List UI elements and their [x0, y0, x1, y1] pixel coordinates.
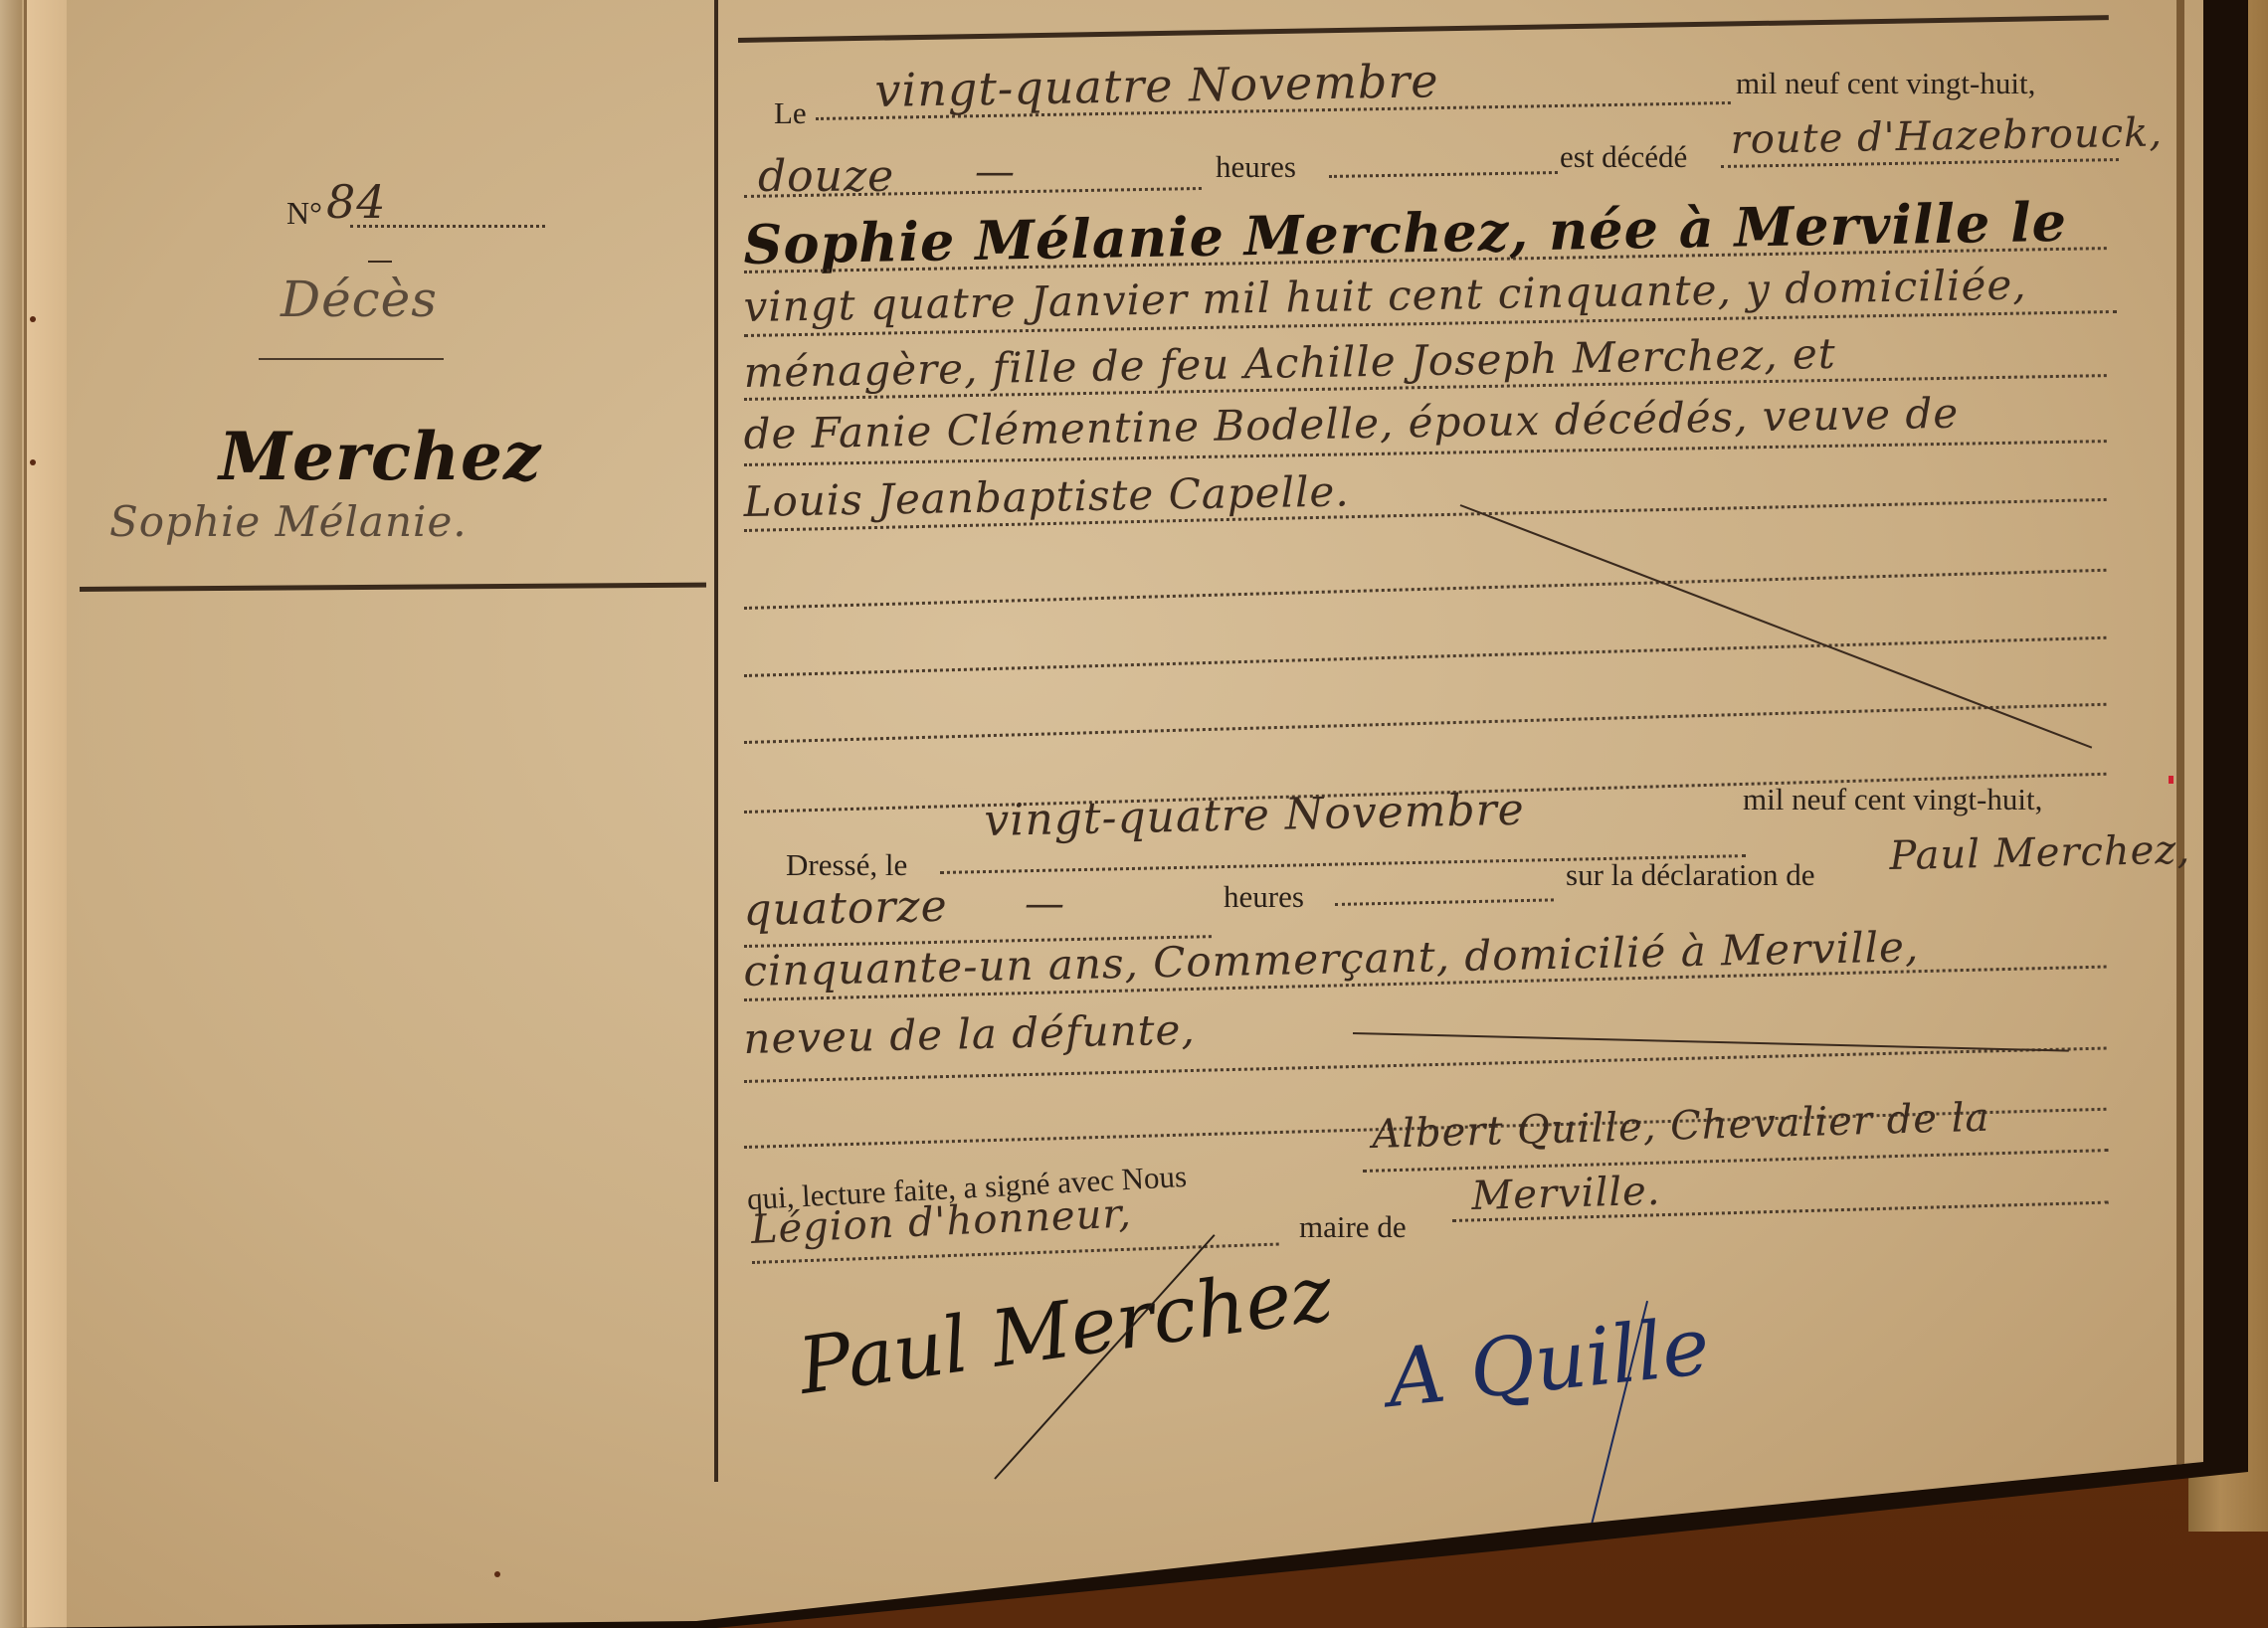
est-decede-label: est décédé [1560, 139, 1687, 175]
mayor-signature: A Quille [1383, 1300, 1713, 1425]
relationship-line: neveu de la défunte, [743, 1004, 1196, 1063]
red-margin-mark [2169, 776, 2173, 784]
commune-name: Merville. [1471, 1169, 1661, 1219]
drawn-date: vingt-quatre Novembre [984, 785, 1525, 846]
dash [368, 261, 392, 263]
number-dotted-line [350, 225, 545, 228]
dotted-line [744, 636, 2107, 677]
maire-label: maire de [1299, 1209, 1407, 1245]
right-page-edge [2176, 0, 2184, 1492]
heures-label-2: heures [1224, 879, 1304, 915]
heures-label: heures [1216, 149, 1296, 185]
dotted-line [744, 703, 2107, 744]
top-thick-rule [738, 15, 2109, 43]
drawn-minutes: — [1025, 881, 1065, 927]
act-number: 84 [326, 175, 387, 229]
le-label: Le [774, 95, 807, 131]
ink-spot [30, 459, 36, 465]
number-label: N° [286, 195, 322, 232]
margin-thick-rule [80, 583, 706, 592]
death-year: mil neuf cent vingt-huit, [1736, 66, 2035, 101]
margin-column: N° 84 Décès Merchez Sophie Mélanie. [70, 0, 706, 1628]
given-names: Sophie Mélanie. [109, 497, 468, 546]
drawn-year: mil neuf cent vingt-huit, [1743, 782, 2042, 817]
act-type: Décès [281, 271, 438, 328]
death-place: route d'Hazebrouck, [1730, 109, 2163, 163]
dotted-line [1329, 171, 1558, 178]
parents-line-1: ménagère, fille de feu Achille Joseph Me… [743, 329, 1836, 397]
declarant-name: Paul Merchez, [1889, 827, 2191, 879]
binding-gutter [24, 0, 67, 1628]
dotted-line [744, 569, 2107, 610]
drawn-hour: quatorze [743, 881, 948, 936]
left-page-edge [0, 0, 22, 1628]
dresse-label: Dressé, le [786, 847, 907, 883]
declaration-label: sur la déclaration de [1566, 857, 1814, 893]
column-divider [714, 0, 718, 1482]
act-type-underline [259, 358, 444, 360]
relationship-strike [1353, 1032, 2069, 1052]
death-minutes: — [975, 149, 1016, 195]
ink-spot [30, 316, 36, 322]
declarant-signature: Paul Merchez [793, 1249, 1337, 1412]
officer-name: Albert Quille, Chevalier de la [1372, 1095, 1990, 1158]
dotted-line [1335, 898, 1554, 906]
register-page: N° 84 Décès Merchez Sophie Mélanie. Le v… [0, 0, 2203, 1628]
surname: Merchez [219, 418, 541, 495]
